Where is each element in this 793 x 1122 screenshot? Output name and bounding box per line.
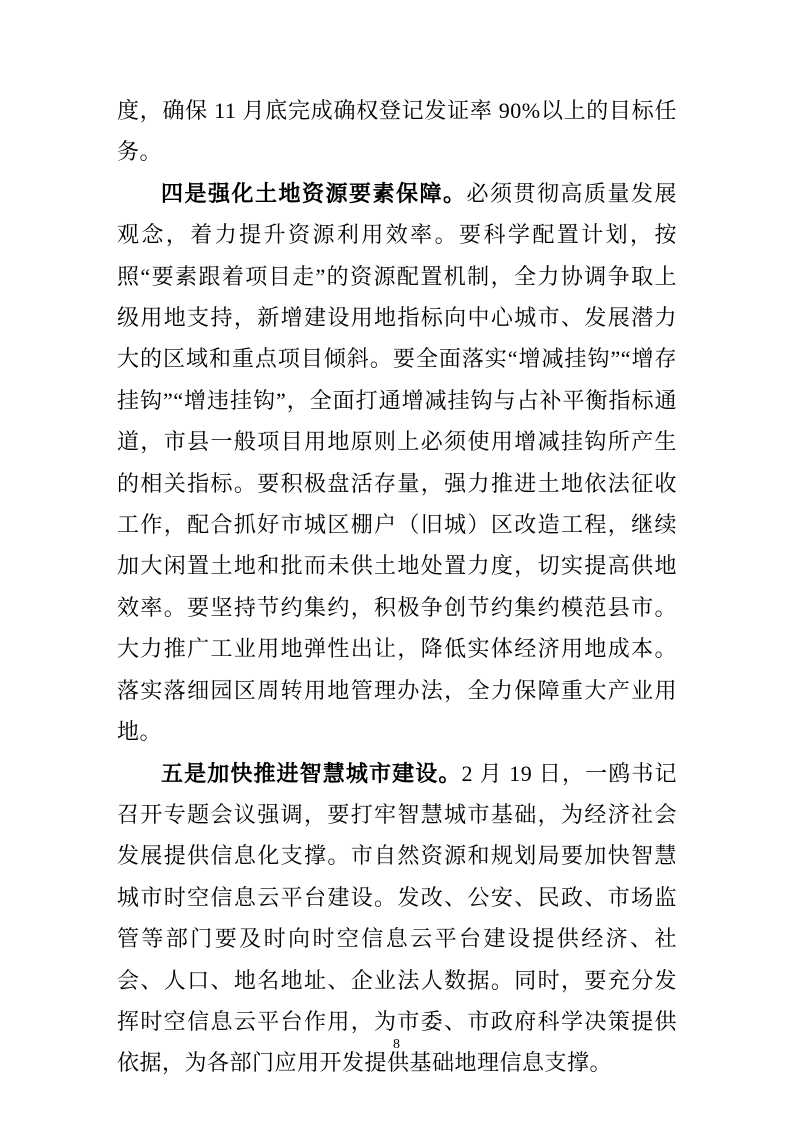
document-page: 度，确保 11 月底完成确权登记发证率 90%以上的目标任务。 四是强化土地资源… bbox=[0, 0, 793, 1122]
page-number: 8 bbox=[0, 1036, 793, 1054]
paragraph-text: 必须贯彻高质量发展观念，着力提升资源利用效率。要科学配置计划，按照“要素跟着项目… bbox=[117, 181, 677, 744]
paragraph-text: 2 月 19 日，一鸥书记召开专题会议强调，要打牢智慧城市基础，为经济社会发展提… bbox=[117, 761, 677, 1076]
paragraph-bold-lead: 五是加快推进智慧城市建设。 bbox=[161, 761, 461, 786]
paragraph: 度，确保 11 月底完成确权登记发证率 90%以上的目标任务。 bbox=[117, 90, 677, 173]
paragraph-text: 度，确保 11 月底完成确权登记发证率 90%以上的目标任务。 bbox=[117, 98, 677, 164]
document-body: 度，确保 11 月底完成确权登记发证率 90%以上的目标任务。 四是强化土地资源… bbox=[117, 90, 677, 1084]
paragraph-bold-lead: 四是强化土地资源要素保障。 bbox=[161, 181, 466, 206]
paragraph: 四是强化土地资源要素保障。必须贯彻高质量发展观念，着力提升资源利用效率。要科学配… bbox=[117, 173, 677, 753]
paragraph: 五是加快推进智慧城市建设。2 月 19 日，一鸥书记召开专题会议强调，要打牢智慧… bbox=[117, 753, 677, 1084]
